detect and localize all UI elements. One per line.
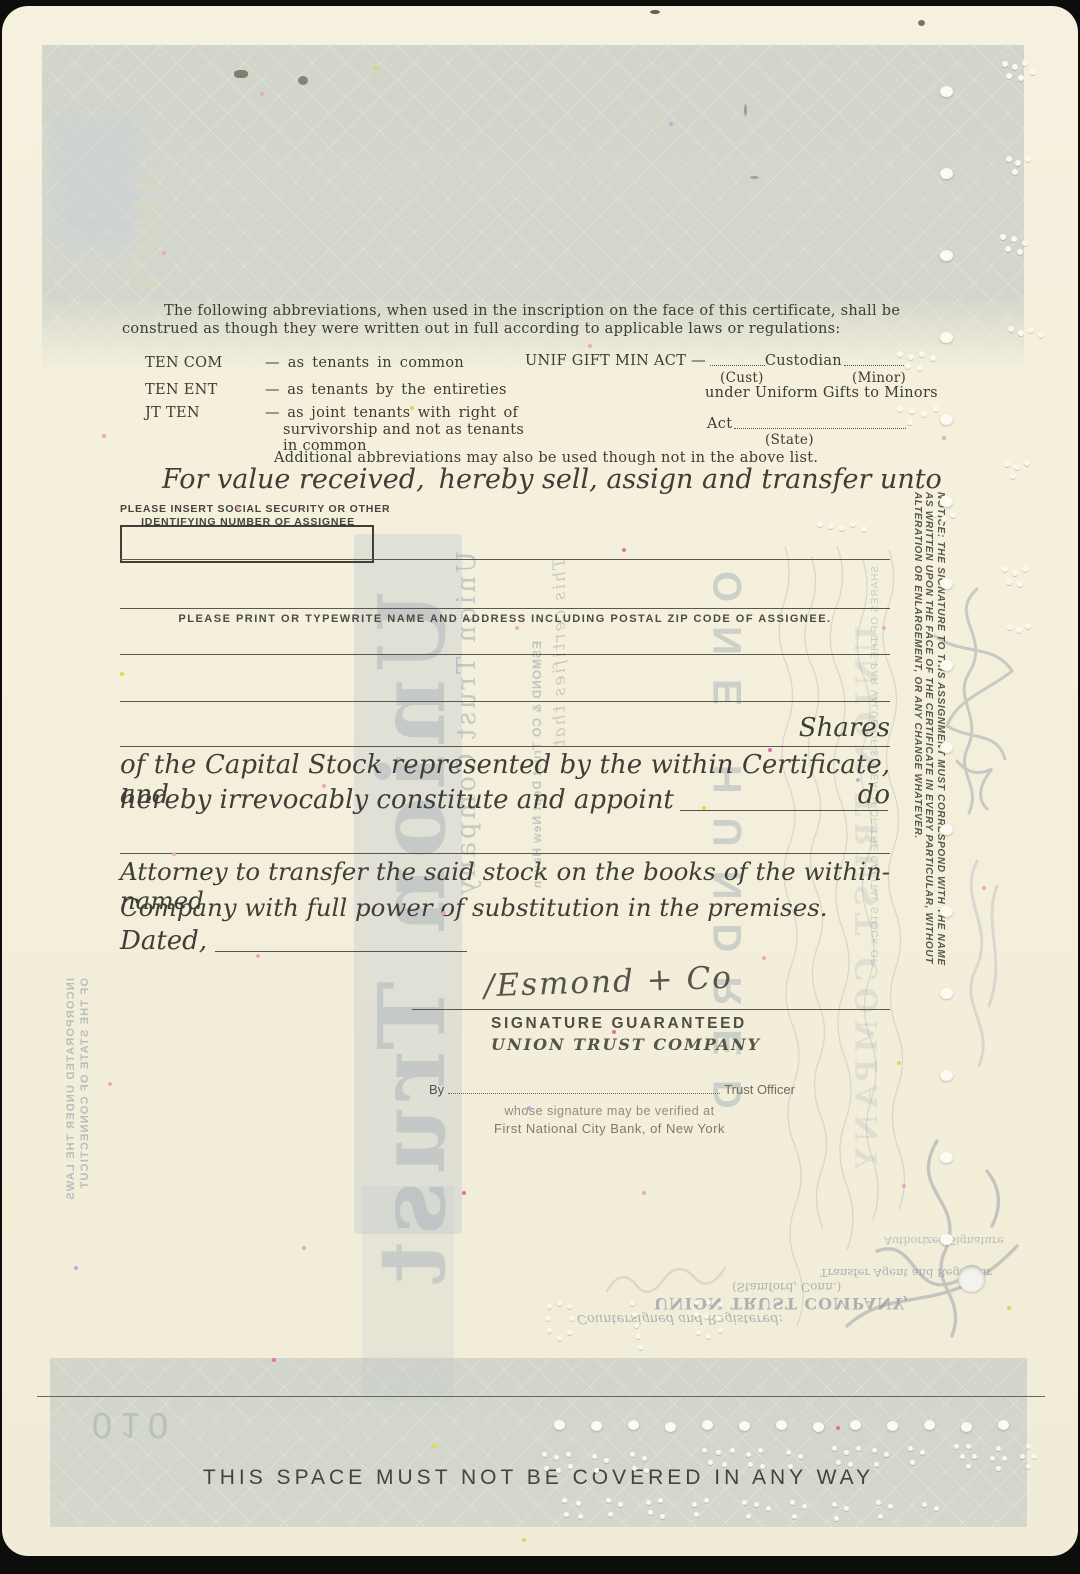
shares-label: Shares <box>692 713 890 743</box>
punch-digit-5 <box>694 1300 699 1305</box>
punch-dot-cluster <box>817 521 823 527</box>
punch-dot-row <box>742 1500 747 1505</box>
intro-paragraph: The following abbreviations, when used i… <box>122 303 944 338</box>
punch-dot-cluster <box>897 351 903 357</box>
sell-assign-transfer: hereby sell, assign and transfer unto <box>439 464 942 495</box>
dated-label: Dated, <box>120 926 207 956</box>
dated-row: Dated, <box>120 926 890 956</box>
pencil-signature-middle <box>947 856 1017 1076</box>
by-label: By <box>429 1082 444 1097</box>
writing-line-5 <box>120 746 890 747</box>
punch-dot-cluster <box>932 511 938 517</box>
by-dotted-line <box>448 1093 720 1094</box>
ghost-incorporated-line1: INCORPORATED UNDER THE LAWS <box>64 978 78 1201</box>
bottom-gray-band <box>50 1358 1027 1527</box>
attorney-line2: Company with full power of substitution … <box>120 893 828 922</box>
punch-dot-cluster <box>1007 624 1013 630</box>
verify-line1: whose signature may be verified at <box>422 1104 797 1118</box>
unif-gift-row: UNIF GIFT MIN ACT — Custodian <box>525 353 906 369</box>
scan-speck <box>744 104 747 116</box>
stamp-signature-guaranteed: SIGNATURE GUARANTEED <box>491 1015 747 1033</box>
abbr-jt-ten-def1: — as joint tenants with right of <box>265 405 518 421</box>
punch-dot-cluster <box>1002 566 1008 572</box>
ghost-countersigned: Countersigned and Registered: <box>577 1311 783 1326</box>
bottom-notice: THIS SPACE MUST NOT BE COVERED IN ANY WA… <box>50 1466 1027 1490</box>
pencil-scribble-bottom <box>602 1251 742 1311</box>
ghost-incorporated-line2: OF THE STATE OF CONNECTICUT <box>78 978 92 1201</box>
dotted-leader <box>710 364 765 366</box>
side-notice-line2: AS WRITTEN UPON THE FACE OF THE CERTIFIC… <box>923 492 935 966</box>
punch-dot-cluster <box>1000 234 1006 240</box>
writing-line-1 <box>120 559 890 560</box>
appoint-row: hereby irrevocably constitute and appoin… <box>120 785 890 815</box>
handwritten-signature: /Esmond + Co <box>483 960 733 1005</box>
punch-dot-cluster <box>1004 461 1010 467</box>
ssn-caption-line1: PLEASE INSERT SOCIAL SECURITY OR OTHER <box>120 503 376 516</box>
side-notice-line3: ALTERATION OR ENLARGEMENT, OR ANY CHANGE… <box>912 492 924 966</box>
abbr-jt-ten: JT TEN <box>145 405 200 421</box>
blank-line <box>680 810 888 811</box>
cust-label: (Cust) <box>720 370 764 386</box>
abbr-jt-ten-def2: survivorship and not as tenants <box>283 422 524 438</box>
abbr-ten-ent-def: — as tenants by the entireties <box>265 382 507 398</box>
writing-line-2 <box>120 608 890 609</box>
dotted-leader <box>734 427 906 429</box>
ghost-union-trust-company: Union Trust Company <box>452 551 482 898</box>
dotted-leader <box>844 364 906 366</box>
punch-dot-row <box>702 1448 707 1453</box>
act-label: Act <box>707 416 732 432</box>
writing-line-6 <box>120 853 890 854</box>
paper-speckles <box>2 6 6 10</box>
scan-speck <box>234 70 248 78</box>
side-notice: NOTICE: THE SIGNATURE TO THIS ASSIGNMENT… <box>912 492 947 966</box>
scan-speck <box>750 176 759 179</box>
scan-speck <box>650 10 660 14</box>
punch-dot-row <box>542 1452 547 1457</box>
dated-blank-line <box>215 951 467 952</box>
punch-dot-cluster <box>897 406 903 412</box>
scan-speck <box>298 76 308 85</box>
punch-dot-cluster <box>1008 326 1014 332</box>
writing-line-4 <box>120 701 890 702</box>
for-value-row: For value received, hereby sell, assign … <box>162 464 890 495</box>
punch-dot-row <box>562 1498 567 1503</box>
by-row: By Trust Officer <box>429 1082 795 1097</box>
scan-speck <box>918 20 925 26</box>
unif-gift-label: UNIF GIFT MIN ACT — <box>525 353 706 369</box>
state-label: (State) <box>765 432 814 448</box>
bottom-rule <box>37 1396 1045 1397</box>
abbr-ten-com-def: — as tenants in common <box>265 355 464 371</box>
side-notice-line1: NOTICE: THE SIGNATURE TO THIS ASSIGNMENT… <box>935 492 947 966</box>
signature-line <box>412 1009 890 1010</box>
punch-dot-cluster <box>1006 156 1012 162</box>
intro-line2: they were written out in full according … <box>283 321 840 337</box>
trust-officer-label: Trust Officer <box>724 1082 795 1097</box>
stamp-union-trust-company: UNION TRUST COMPANY <box>491 1035 761 1054</box>
abbr-ten-com: TEN COM <box>145 355 222 371</box>
under-uniform-gifts: under Uniform Gifts to Minors <box>705 385 938 401</box>
verify-line2: First National City Bank, of New York <box>422 1121 797 1136</box>
punch-digit-0 <box>547 1304 552 1309</box>
print-caption: PLEASE PRINT OR TYPEWRITE NAME AND ADDRE… <box>120 613 890 625</box>
punch-dot-row <box>832 1446 837 1451</box>
large-punch-hole <box>958 1265 985 1292</box>
certificate-back-scan: 110471 Union Trust Union Trust Company T… <box>0 0 1080 1574</box>
punch-digit-1 <box>630 1301 635 1306</box>
act-row: Act <box>707 416 906 432</box>
for-value-received: For value received, <box>162 464 425 495</box>
constitute-appoint: hereby irrevocably constitute and appoin… <box>120 785 674 815</box>
writing-line-3 <box>120 654 890 655</box>
custodian-label: Custodian <box>765 353 842 369</box>
punch-dot-cluster <box>1002 61 1008 67</box>
punch-hole-row <box>554 1420 565 1430</box>
punch-cross-cluster <box>954 1444 959 1449</box>
pencil-signature-lower <box>817 1131 1032 1356</box>
ssn-box <box>120 525 374 563</box>
ghost-incorporated: INCORPORATED UNDER THE LAWS OF THE STATE… <box>64 978 92 1201</box>
minor-label: (Minor) <box>852 370 906 386</box>
abbr-ten-ent: TEN ENT <box>145 382 218 398</box>
punch-hole-column <box>940 86 953 97</box>
paper-sheet: 110471 Union Trust Union Trust Company T… <box>2 6 1078 1556</box>
